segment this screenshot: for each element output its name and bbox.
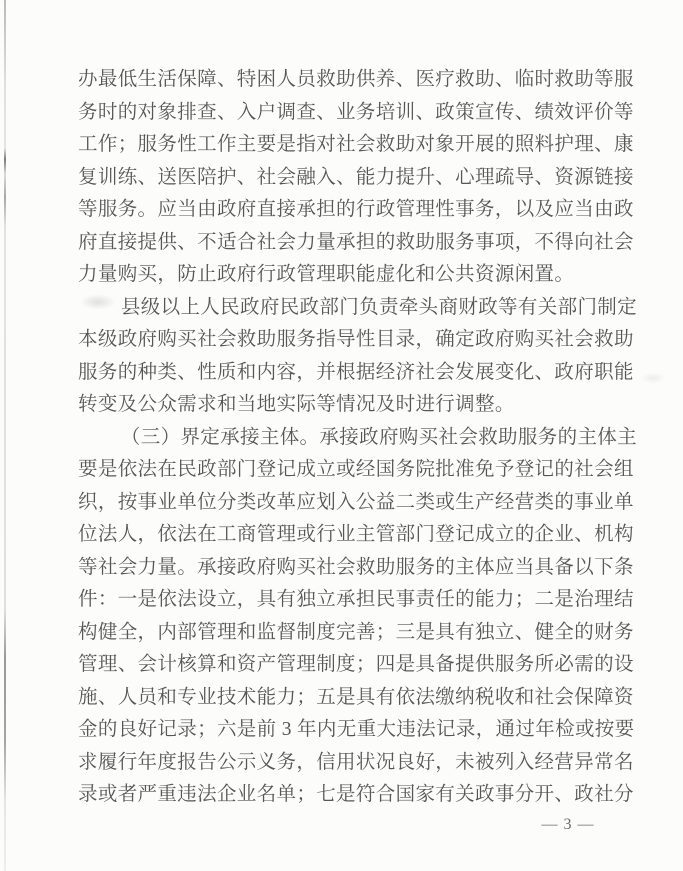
text-line: 本级政府购买社会救助服务指导性目录，确定政府购买社会救助 bbox=[78, 324, 636, 357]
text-line: 管理、会计核算和资产管理制度；四是具备提供服务所必需的设 bbox=[78, 649, 636, 682]
scan-edge-artifact bbox=[4, 0, 6, 871]
text-line: 力量购买，防止政府行政管理职能虚化和公共资源闲置。 bbox=[78, 259, 636, 292]
text-line: 构健全，内部管理和监督制度完善；三是具有独立、健全的财务 bbox=[78, 617, 636, 650]
text-line: 位法人，依法在工商管理或行业主管部门登记成立的企业、机构 bbox=[78, 519, 636, 552]
text-line: 复训练、送医陪护、社会融入、能力提升、心理疏导、资源链接 bbox=[78, 162, 636, 195]
text-line: 务时的对象排查、入户调查、业务培训、政策宣传、绩效评价等 bbox=[78, 97, 636, 130]
text-line: 录或者严重违法企业名单；七是符合国家有关政事分开、政社分 bbox=[78, 779, 636, 812]
document-body: 办最低生活保障、特困人员救助供养、医疗救助、临时救助等服务时的对象排查、入户调查… bbox=[78, 64, 636, 812]
text-line: 织，按事业单位分类改革应划入公益二类或生产经营类的事业单 bbox=[78, 487, 636, 520]
text-line: 施、人员和专业技术能力；五是具有依法缴纳税收和社会保障资 bbox=[78, 682, 636, 715]
text-line: 工作；服务性工作主要是指对社会救助对象开展的照料护理、康 bbox=[78, 129, 636, 162]
text-line: 等服务。应当由政府直接承担的行政管理性事务，以及应当由政 bbox=[78, 194, 636, 227]
text-line: 县级以上人民政府民政部门负责牵头商财政等有关部门制定 bbox=[78, 292, 636, 325]
page-number: — 3 — bbox=[539, 814, 597, 836]
text-line: 转变及公众需求和当地实际等情况及时进行调整。 bbox=[78, 389, 636, 422]
text-line: 要是依法在民政部门登记成立或经国务院批准免予登记的社会组 bbox=[78, 454, 636, 487]
text-line: 等社会力量。承接政府购买社会救助服务的主体应当具备以下条 bbox=[78, 552, 636, 585]
text-line: 办最低生活保障、特困人员救助供养、医疗救助、临时救助等服 bbox=[78, 64, 636, 97]
scan-smudge bbox=[640, 372, 666, 384]
text-line: 求履行年度报告公示义务，信用状况良好，未被列入经营异常名 bbox=[78, 747, 636, 780]
text-line: （三）界定承接主体。承接政府购买社会救助服务的主体主 bbox=[78, 422, 636, 455]
text-line: 金的良好记录；六是前 3 年内无重大违法记录，通过年检或按要 bbox=[78, 714, 636, 747]
text-line: 府直接提供、不适合社会力量承担的救助服务事项，不得向社会 bbox=[78, 227, 636, 260]
text-line: 件：一是依法设立，具有独立承担民事责任的能力；二是治理结 bbox=[78, 584, 636, 617]
text-line: 服务的种类、性质和内容，并根据经济社会发展变化、政府职能 bbox=[78, 357, 636, 390]
scanned-document-page: 办最低生活保障、特困人员救助供养、医疗救助、临时救助等服务时的对象排查、入户调查… bbox=[0, 0, 683, 871]
